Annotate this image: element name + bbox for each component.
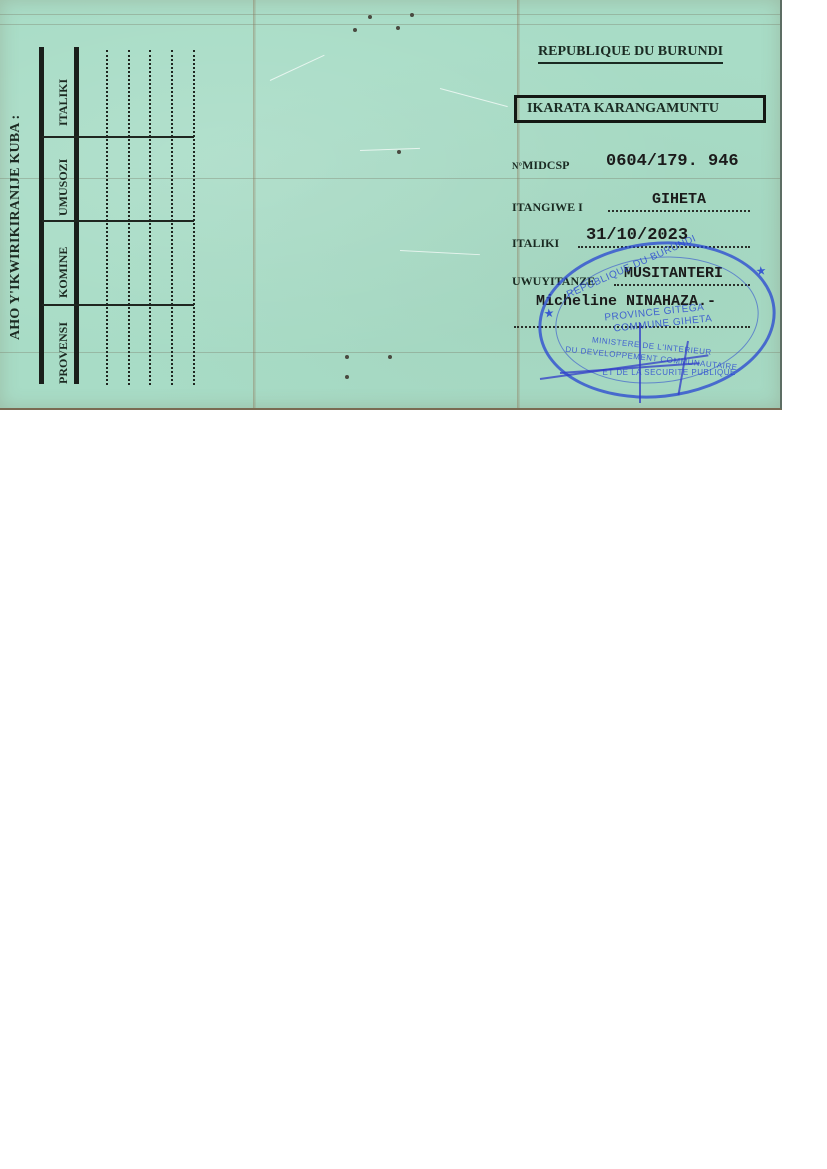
punch-hole — [388, 355, 392, 359]
star-icon: ★ — [755, 263, 767, 279]
wear-scratch — [440, 88, 508, 107]
address-history-title: AHO Y'IKWIRIKIRANIJE KUBA : — [8, 115, 24, 340]
table-row-line — [149, 50, 151, 385]
punch-hole — [345, 375, 349, 379]
card-title: IKARATA KARANGAMUNTU — [514, 95, 766, 123]
table-row-line — [106, 50, 108, 385]
table-row-line — [193, 50, 195, 385]
punch-hole — [345, 355, 349, 359]
star-icon: ★ — [543, 306, 555, 322]
address-history-panel: AHO Y'IKWIRIKIRANIJE KUBA : PROVENSI KOM… — [0, 0, 253, 408]
punch-hole — [410, 13, 414, 17]
id-number-label: N°MIDCSP — [512, 158, 569, 173]
column-header-komine: KOMINE — [56, 247, 71, 298]
wear-scratch — [270, 55, 325, 81]
punch-hole — [368, 15, 372, 19]
column-header-umusozi: UMUSOZI — [56, 159, 71, 216]
punch-hole — [353, 28, 357, 32]
id-number-value: 0604/179. 946 — [606, 152, 739, 171]
column-header-provensi: PROVENSI — [56, 322, 71, 384]
table-border — [74, 47, 79, 384]
fold-line-left — [253, 0, 256, 408]
wear-scratch — [360, 148, 420, 151]
column-header-italiki: ITALIKI — [56, 79, 71, 126]
issued-at-value: GIHETA — [652, 191, 706, 208]
issued-at-line — [608, 210, 750, 212]
signature-stroke — [639, 323, 641, 403]
table-row-line — [171, 50, 173, 385]
punch-hole — [397, 150, 401, 154]
table-border — [39, 47, 44, 384]
punch-hole — [396, 26, 400, 30]
table-row-line — [128, 50, 130, 385]
country-heading: REPUBLIQUE DU BURUNDI — [538, 44, 723, 64]
identity-card: AHO Y'IKWIRIKIRANIJE KUBA : PROVENSI KOM… — [0, 0, 782, 410]
wear-scratch — [400, 250, 480, 255]
issued-at-label: ITANGIWE I — [512, 200, 583, 215]
date-label: ITALIKI — [512, 236, 559, 251]
